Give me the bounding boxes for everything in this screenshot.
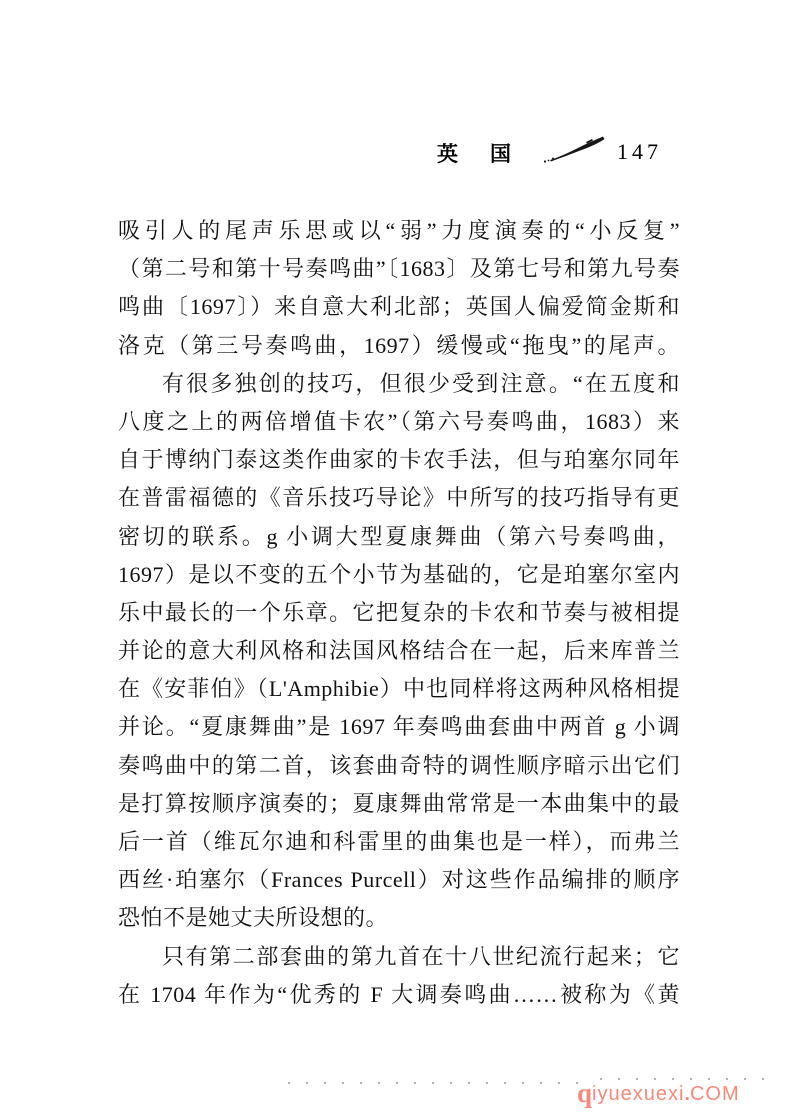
text-line: 1697）是以不变的五个小节为基础的，它是珀塞尔室内 <box>118 556 680 594</box>
page-number: 147 <box>617 139 662 165</box>
text-line: 有很多独创的技巧，但很少受到注意。“在五度和 <box>118 365 680 403</box>
text-line: 吸引人的尾声乐思或以“弱”力度演奏的“小反复” <box>118 212 680 250</box>
text-line: 是打算按顺序演奏的；夏康舞曲常常是一本曲集中的最 <box>118 785 680 823</box>
watermark-tld: COM <box>690 1083 740 1105</box>
brush-stroke-icon <box>540 136 606 164</box>
text-line: 在普雷福德的《音乐技巧导论》中所写的技巧指导有更 <box>118 479 680 517</box>
watermark-q: q <box>577 1078 592 1108</box>
text-line: 洛克（第三号奏鸣曲，1697）缓慢或“拖曳”的尾声。 <box>118 327 680 365</box>
scan-speckles <box>288 1082 588 1084</box>
text-line: （第二号和第十号奏鸣曲”〔1683〕及第七号和第九号奏 <box>118 250 680 288</box>
text-line: 在《安菲伯》（L'Amphibie）中也同样将这两种风格相提 <box>118 670 680 708</box>
text-line: 只有第二部套曲的第九首在十八世纪流行起来；它 <box>118 938 680 976</box>
text-line: 密切的联系。g 小调大型夏康舞曲（第六号奏鸣曲， <box>118 518 680 556</box>
text-line: 后一首（维瓦尔迪和科雷里的曲集也是一样），而弗兰 <box>118 823 680 861</box>
page-header: 英 国 147 <box>0 136 794 166</box>
text-line: 在 1704 年作为“优秀的 F 大调奏鸣曲……被称为《黄 <box>118 976 680 1014</box>
book-page: 英 国 147 吸引人的尾声乐思或以“弱”力度演奏的“小反复” （第二号和第十号… <box>0 0 794 1120</box>
text-line: 西丝·珀塞尔（Frances Purcell）对这些作品编排的顺序 <box>118 861 680 899</box>
text-line: 奏鸣曲中的第二首，该套曲奇特的调性顺序暗示出它们 <box>118 747 680 785</box>
section-title-char-1: 英 <box>437 138 458 168</box>
text-line: 恐怕不是她丈夫所设想的。 <box>118 899 680 937</box>
text-line: 并论。“夏康舞曲”是 1697 年奏鸣曲套曲中两首 g 小调 <box>118 708 680 746</box>
section-title-char-2: 国 <box>490 138 511 168</box>
body-text: 吸引人的尾声乐思或以“弱”力度演奏的“小反复” （第二号和第十号奏鸣曲”〔168… <box>118 212 680 1014</box>
text-line: 自于博纳门泰这类作曲家的卡农手法，但与珀塞尔同年 <box>118 441 680 479</box>
text-line: 八度之上的两倍增值卡农”（第六号奏鸣曲，1683）来 <box>118 403 680 441</box>
site-watermark: qiyuexuexi.COM <box>577 1080 740 1109</box>
text-line: 乐中最长的一个乐章。它把复杂的卡农和节奏与被相提 <box>118 594 680 632</box>
text-line: 并论的意大利风格和法国风格结合在一起，后来库普兰 <box>118 632 680 670</box>
section-title: 英 国 <box>437 138 511 168</box>
text-line: 鸣曲〔1697〕）来自意大利北部；英国人偏爱简金斯和 <box>118 288 680 326</box>
watermark-rest: iyuexuexi <box>592 1083 684 1105</box>
